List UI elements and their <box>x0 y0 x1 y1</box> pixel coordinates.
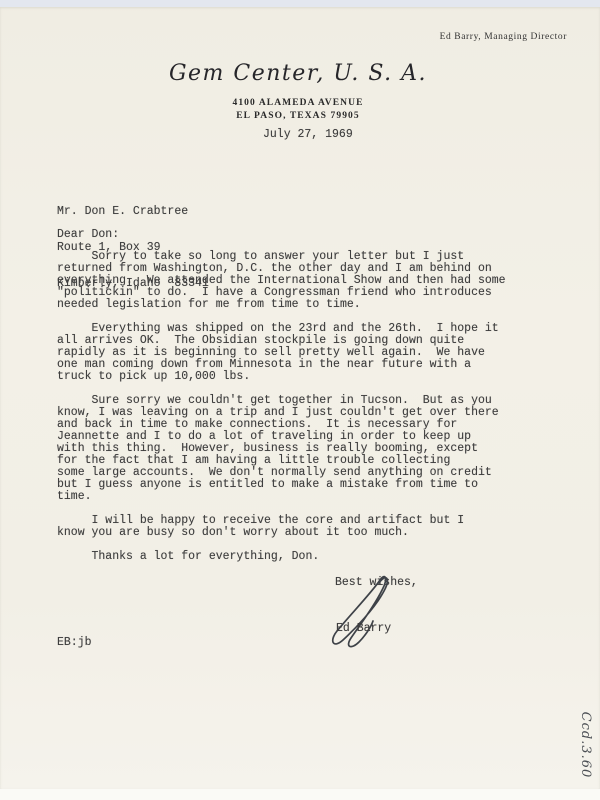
scanner-edge-top <box>0 0 600 7</box>
paragraph-3: Sure sorry we couldn't get together in T… <box>57 395 532 503</box>
letter-body: Sorry to take so long to answer your let… <box>57 251 532 575</box>
salutation: Dear Don: <box>57 229 119 241</box>
valediction: Best wishes, <box>335 577 418 589</box>
catalog-annotation: Ccd.3.60 <box>575 705 595 785</box>
signature-typed-name: Ed Barry <box>336 623 391 635</box>
managing-director-line: Ed Barry, Managing Director <box>440 32 567 42</box>
paragraph-5: Thanks a lot for everything, Don. <box>57 551 532 563</box>
company-address-city: EL PASO, TEXAS 79905 <box>0 111 596 121</box>
company-address-street: 4100 ALAMEDA AVENUE <box>0 98 596 108</box>
company-name: Gem Center, U. S. A. <box>0 61 596 86</box>
paragraph-4: I will be happy to receive the core and … <box>57 515 532 539</box>
letter-paper: Ed Barry, Managing Director Gem Center, … <box>0 7 600 789</box>
scanner-edge-bottom <box>0 789 600 800</box>
scanned-letter-page: { "colors": { "paper": "#f2efe6", "typew… <box>0 0 600 800</box>
recipient-name: Mr. Don E. Crabtree <box>57 206 209 218</box>
letter-date: July 27, 1969 <box>263 129 353 141</box>
paragraph-2: Everything was shipped on the 23rd and t… <box>57 323 532 383</box>
paragraph-1: Sorry to take so long to answer your let… <box>57 251 532 311</box>
typist-initials: EB:jb <box>57 637 92 649</box>
catalog-annotation-text: Ccd.3.60 <box>578 712 593 779</box>
